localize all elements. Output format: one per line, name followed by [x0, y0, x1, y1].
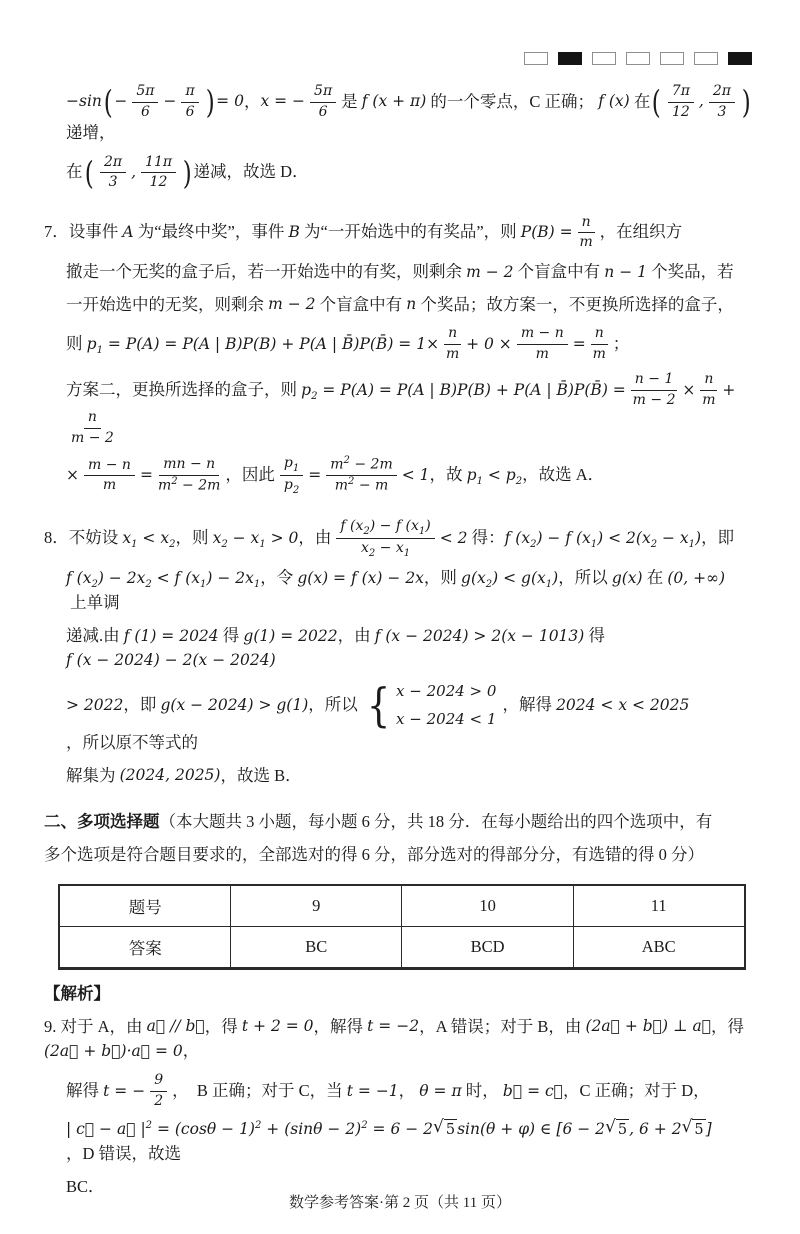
fraction-denominator: m: [536, 345, 549, 364]
text-span: 9. 对于 A，由: [44, 1015, 147, 1040]
text-span: ，即: [123, 693, 160, 718]
text-line: −sin(−5π6−π6)= 0，x = −5π6是 f (x + π) 的一个…: [44, 83, 760, 146]
table-cell: 题号: [59, 885, 230, 927]
fraction-denominator: m: [593, 345, 606, 364]
fraction: 7π12: [668, 83, 694, 121]
fraction: f (x2) − f (x1)x2 − x1: [336, 518, 434, 559]
fraction: m2 − 2mm2 − m: [326, 456, 396, 495]
math-span: p1 = P(A) = P(A | B)P(B) + P(A | B̄)P(B̄…: [87, 333, 439, 356]
big-paren: ): [205, 86, 214, 118]
text-span: ，得: [711, 1015, 748, 1040]
fraction-numerator: n: [578, 214, 595, 234]
math-span: =: [140, 464, 153, 487]
math-span: n: [406, 293, 416, 316]
text-span: ，得: [205, 1015, 242, 1040]
text-span: 二、多项选择题: [44, 810, 160, 835]
text-span: ，C 正确；对于 D，: [563, 1079, 710, 1104]
fraction-denominator: 2: [154, 1092, 163, 1111]
text-span: ，由: [298, 526, 331, 551]
form-alignment-mark: [728, 52, 752, 65]
alignment-marks-row: [44, 52, 760, 65]
math-span: x = −: [260, 90, 305, 113]
fraction-numerator: 9: [150, 1072, 167, 1092]
fraction-numerator: p1: [280, 455, 303, 476]
text-line: 解得 t = −92， B 正确；对于 C，当 t = −1， θ = π 时，…: [44, 1072, 760, 1110]
fraction-denominator: 12: [672, 103, 690, 122]
answer-table: 题号91011答案BCBCDABC: [58, 884, 745, 970]
math-span: + 0 ×: [466, 333, 512, 356]
text-span: 个盲盒中有: [316, 293, 407, 318]
form-alignment-mark: [694, 52, 718, 65]
fraction-numerator: 5π: [132, 83, 158, 103]
table-cell: BC: [231, 926, 402, 968]
text-span: 是: [341, 90, 362, 115]
text-span: ，所以: [558, 566, 612, 591]
text-span: 解集为: [66, 764, 120, 789]
math-span: f (1) = 2024: [124, 625, 219, 648]
fraction-numerator: m − n: [517, 325, 568, 345]
fraction: p1p2: [280, 455, 303, 496]
text-span: 方案二，更换所选择的盒子，则: [66, 378, 301, 403]
text-line: > 2022，即 g(x − 2024) > g(1)，所以{x − 2024 …: [44, 680, 760, 756]
document-body: −sin(−5π6−π6)= 0，x = −5π6是 f (x + π) 的一个…: [44, 83, 760, 1199]
text-line: 在(2π3,11π12)递减，故选 D．: [44, 154, 760, 192]
fraction-denominator: 6: [319, 103, 328, 122]
math-span: t = −2: [367, 1015, 419, 1038]
math-span: g(x2) < g(x1): [461, 567, 558, 590]
text-span: ，即: [701, 526, 734, 551]
text-span: 个盲盒中有: [514, 260, 605, 285]
fraction-denominator: m − 2: [633, 391, 676, 410]
page-footer: 数学参考答案·第 2 页（共 11 页）: [0, 1191, 800, 1212]
fraction: 5π6: [310, 83, 336, 121]
fraction: 5π6: [132, 83, 158, 121]
text-span: 上单调: [66, 591, 120, 616]
math-span: p2 = P(A) = P(A | B)P(B) + P(A | B̄)P(B̄…: [301, 379, 626, 402]
fraction-numerator: π: [181, 83, 198, 103]
fraction: nm − 2: [71, 409, 114, 447]
math-span: g(x): [612, 567, 643, 590]
fraction-numerator: 2π: [709, 83, 735, 103]
math-span: B: [288, 221, 299, 244]
text-span: ，则: [424, 566, 461, 591]
fraction: mn − nm2 − 2m: [158, 456, 220, 495]
math-span: =: [308, 464, 321, 487]
fraction: 2π3: [100, 154, 126, 192]
text-span: ，所以: [308, 693, 358, 718]
radicand: 5: [692, 1119, 705, 1142]
table-row: 答案BCBCDABC: [59, 926, 744, 968]
square-root: √5: [682, 1118, 706, 1142]
math-span: f (x2) − f (x1) < 2(x2 − x1): [505, 527, 702, 550]
math-span: g(1) = 2022: [243, 625, 337, 648]
math-span: p1 < p2: [467, 464, 522, 487]
math-span: sin(θ + φ) ∈ [6 − 2: [457, 1118, 605, 1141]
fraction-numerator: 11π: [141, 154, 176, 174]
fraction: nm: [578, 214, 595, 252]
table-cell: 11: [573, 885, 744, 927]
text-span: 为“最终中奖”，事件: [134, 220, 289, 245]
text-span: ，故选 A．: [522, 463, 604, 488]
math-span: ×: [682, 379, 695, 402]
fraction: π6: [181, 83, 198, 121]
cases-brace: {: [367, 685, 390, 726]
text-span: 则: [66, 332, 87, 357]
fraction-denominator: 3: [717, 103, 726, 122]
footer-text: 数学参考答案·第 2 页（共 11 页）: [289, 1195, 511, 1211]
math-span: −sin: [66, 90, 102, 113]
fraction-numerator: 7π: [668, 83, 694, 103]
form-alignment-mark: [660, 52, 684, 65]
math-span: f (x + π): [362, 90, 427, 113]
form-alignment-mark: [592, 52, 616, 65]
fraction: nm: [700, 371, 717, 409]
text-span: ，D 错误，故选: [66, 1142, 181, 1167]
math-span: b⃗ = c⃗: [503, 1080, 563, 1103]
text-span: 递增，: [66, 121, 116, 146]
math-span: A: [122, 221, 133, 244]
fraction-numerator: 5π: [310, 83, 336, 103]
math-span: (2024, 2025): [120, 764, 221, 787]
text-span: ，: [244, 90, 261, 115]
text-line: 9. 对于 A，由 a⃗ // b⃗，得 t + 2 = 0，解得 t = −2…: [44, 1015, 760, 1065]
text-span: 7．设事件: [44, 220, 122, 245]
fraction-numerator: f (x2) − f (x1): [336, 518, 434, 539]
math-span: = 0: [216, 90, 244, 113]
text-line: 7．设事件 A 为“最终中奖”，事件 B 为“一开始选中的有奖品”，则 P(B)…: [44, 214, 760, 252]
fraction-numerator: n − 1: [631, 371, 678, 391]
text-span: ，则: [175, 526, 212, 551]
text-span: 【解析】: [44, 982, 110, 1007]
cases-row: x − 2024 < 1: [396, 708, 496, 731]
text-span: 一开始选中的无奖，则剩余: [66, 293, 268, 318]
math-span: t = −1: [347, 1080, 399, 1103]
text-span: ，在组织方: [600, 220, 683, 245]
text-line: 方案二，更换所选择的盒子，则 p2 = P(A) = P(A | B)P(B) …: [44, 371, 760, 447]
text-span: ，由: [338, 624, 375, 649]
math-span: a⃗ // b⃗: [147, 1015, 205, 1038]
math-span: θ = π: [419, 1080, 461, 1103]
form-alignment-mark: [524, 52, 548, 65]
form-alignment-mark: [558, 52, 582, 65]
text-span: 得: [219, 624, 244, 649]
text-line: 撤走一个无奖的盒子后，若一开始选中的有奖，则剩余 m − 2 个盲盒中有 n −…: [44, 260, 760, 285]
text-span: 在: [66, 160, 83, 185]
math-span: ]: [706, 1118, 712, 1141]
table-cell: 10: [402, 885, 573, 927]
table-cell: BCD: [402, 926, 573, 968]
fraction-denominator: m: [103, 476, 116, 495]
fraction-denominator: 3: [109, 173, 118, 192]
text-span: ；: [613, 332, 630, 357]
text-span: 多个选项是符合题目要求的，全部选对的得 6 分，部分选对的得部分分，有选错的得 …: [44, 843, 704, 868]
text-line: | c⃗ − a⃗ |2 = (cosθ − 1)2 + (sinθ − 2)2…: [44, 1118, 760, 1167]
fraction-numerator: 2π: [100, 154, 126, 174]
math-span: (2a⃗ + b⃗)·a⃗ = 0: [44, 1040, 183, 1063]
math-span: m − 2: [466, 261, 513, 284]
math-span: t = −: [103, 1080, 145, 1103]
text-span: ，故: [430, 463, 467, 488]
radical-sign: √: [605, 1118, 616, 1137]
math-span: n − 1: [604, 261, 647, 284]
math-span: | c⃗ − a⃗ |2 = (cosθ − 1)2 + (sinθ − 2)2…: [66, 1118, 433, 1141]
text-span: 得：: [467, 526, 504, 551]
text-line: 【解析】: [44, 982, 760, 1007]
text-span: ，解得: [502, 693, 556, 718]
fraction-denominator: p2: [284, 476, 299, 496]
math-span: P(B) =: [521, 221, 573, 244]
math-span: m − 2: [268, 293, 315, 316]
math-span: < 1: [402, 464, 430, 487]
text-span: 在: [643, 566, 668, 591]
fraction-numerator: m2 − 2m: [326, 456, 396, 476]
text-line: 8．不妨设 x1 < x2，则 x2 − x1 > 0，由f (x2) − f …: [44, 518, 760, 559]
big-paren: (: [84, 157, 93, 189]
fraction-denominator: x2 − x1: [361, 539, 410, 559]
text-line: 解集为 (2024, 2025)，故选 B．: [44, 764, 760, 789]
text-span: ，因此: [225, 463, 275, 488]
text-line: 多个选项是符合题目要求的，全部选对的得 6 分，部分选对的得部分分，有选错的得 …: [44, 843, 760, 868]
text-span: 为“一开始选中的有奖品”，则: [300, 220, 521, 245]
fraction: nm: [444, 325, 461, 363]
math-span: =: [573, 333, 586, 356]
fraction-denominator: m: [702, 391, 715, 410]
math-span: ×: [66, 464, 79, 487]
fraction-denominator: m2 − m: [335, 476, 389, 495]
math-span: (2a⃗ + b⃗) ⊥ a⃗: [585, 1015, 711, 1038]
fraction-denominator: m: [446, 345, 459, 364]
table-row: 题号91011: [59, 885, 744, 927]
cases-row: x − 2024 > 0: [396, 680, 496, 703]
table-cell: 答案: [59, 926, 230, 968]
radical-sign: √: [682, 1118, 693, 1137]
math-span: g(x) = f (x) − 2x: [297, 567, 424, 590]
fraction-numerator: n: [591, 325, 608, 345]
fraction: m − nm: [84, 457, 135, 495]
text-line: ×m − nm=mn − nm2 − 2m，因此p1p2=m2 − 2mm2 −…: [44, 455, 760, 496]
fraction-numerator: n: [700, 371, 717, 391]
math-span: −: [163, 90, 176, 113]
cases-system: {x − 2024 > 0x − 2024 < 1: [364, 680, 497, 731]
text-span: ，A 错误；对于 B，由: [419, 1015, 585, 1040]
text-line: f (x2) − 2x2 < f (x1) − 2x1，令 g(x) = f (…: [44, 566, 760, 616]
fraction-denominator: 6: [141, 103, 150, 122]
radical-sign: √: [433, 1118, 444, 1137]
fraction: 11π12: [141, 154, 176, 192]
fraction-denominator: m2 − 2m: [158, 476, 220, 495]
text-span: 8．不妨设: [44, 526, 122, 551]
text-line: 则 p1 = P(A) = P(A | B)P(B) + P(A | B̄)P(…: [44, 325, 760, 363]
text-span: 的一个零点，C 正确；: [426, 90, 598, 115]
fraction-numerator: mn − n: [159, 456, 219, 476]
table-cell: 9: [231, 885, 402, 927]
fraction: m − nm: [517, 325, 568, 363]
radicand: 5: [444, 1119, 457, 1142]
text-span: 个奖品，若: [647, 260, 734, 285]
math-span: f (x2) − 2x2 < f (x1) − 2x1: [66, 567, 260, 590]
fraction-numerator: m − n: [84, 457, 135, 477]
fraction-numerator: n: [444, 325, 461, 345]
text-line: 二、多项选择题（本大题共 3 小题，每小题 6 分，共 18 分．在每小题给出的…: [44, 810, 760, 835]
text-span: 在: [630, 90, 651, 115]
fraction-denominator: m − 2: [71, 429, 114, 448]
text-span: ，解得: [314, 1015, 368, 1040]
big-paren: (: [104, 86, 113, 118]
fraction-denominator: m: [579, 233, 592, 252]
form-alignment-mark: [626, 52, 650, 65]
math-span: f (x − 2024) − 2(x − 2024): [66, 649, 276, 672]
math-span: 2024 < x < 2025: [556, 694, 689, 717]
text-span: 得: [584, 624, 609, 649]
text-line: 一开始选中的无奖，则剩余 m − 2 个盲盒中有 n 个奖品；故方案一，不更换所…: [44, 293, 760, 318]
text-span: ，故选 B．: [220, 764, 301, 789]
math-span: (0, +∞): [667, 567, 725, 590]
text-span: ，令: [260, 566, 297, 591]
fraction-numerator: n: [84, 409, 101, 429]
math-span: < 2: [440, 527, 468, 550]
fraction: n − 1m − 2: [631, 371, 678, 409]
math-span: +: [722, 379, 735, 402]
math-span: ,: [699, 90, 704, 113]
math-span: g(x − 2024) > g(1): [161, 694, 309, 717]
table-cell: ABC: [573, 926, 744, 968]
answer-sheet-page: −sin(−5π6−π6)= 0，x = −5π6是 f (x + π) 的一个…: [0, 0, 800, 1234]
text-span: 撤走一个无奖的盒子后，若一开始选中的有奖，则剩余: [66, 260, 466, 285]
big-paren: (: [652, 86, 661, 118]
text-span: 解得: [66, 1079, 103, 1104]
text-span: ，: [183, 1039, 200, 1064]
text-span: （本大题共 3 小题，每小题 6 分，共 18 分．在每小题给出的四个选项中，有: [160, 810, 713, 835]
cases-stack: x − 2024 > 0x − 2024 < 1: [396, 680, 496, 731]
text-line: 递减.由 f (1) = 2024 得 g(1) = 2022，由 f (x −…: [44, 624, 760, 672]
text-span: 递减，故选 D．: [194, 160, 309, 185]
text-span: 递减.由: [66, 624, 124, 649]
big-paren: ): [183, 157, 192, 189]
math-span: f (x − 2024) > 2(x − 1013): [375, 625, 585, 648]
text-span: ，所以原不等式的: [66, 731, 198, 756]
math-span: f (x): [598, 90, 630, 113]
fraction: 2π3: [709, 83, 735, 121]
square-root: √5: [433, 1118, 457, 1142]
text-span: ，: [399, 1079, 420, 1104]
square-root: √5: [605, 1118, 629, 1142]
math-span: x2 − x1 > 0: [213, 527, 299, 550]
text-span: 个奖品；故方案一，不更换所选择的盒子，: [416, 293, 734, 318]
fraction-denominator: 6: [186, 103, 195, 122]
radicand: 5: [616, 1119, 629, 1142]
math-span: ,: [131, 161, 136, 184]
text-span: 时，: [462, 1079, 503, 1104]
fraction-denominator: 12: [150, 173, 168, 192]
fraction: nm: [591, 325, 608, 363]
big-paren: ): [742, 86, 751, 118]
math-span: −: [114, 90, 127, 113]
text-span: ， B 正确；对于 C，当: [172, 1079, 347, 1104]
math-span: x1 < x2: [122, 527, 175, 550]
fraction: 92: [150, 1072, 167, 1110]
math-span: > 2022: [66, 694, 123, 717]
math-span: , 6 + 2: [629, 1118, 681, 1141]
math-span: t + 2 = 0: [242, 1015, 314, 1038]
